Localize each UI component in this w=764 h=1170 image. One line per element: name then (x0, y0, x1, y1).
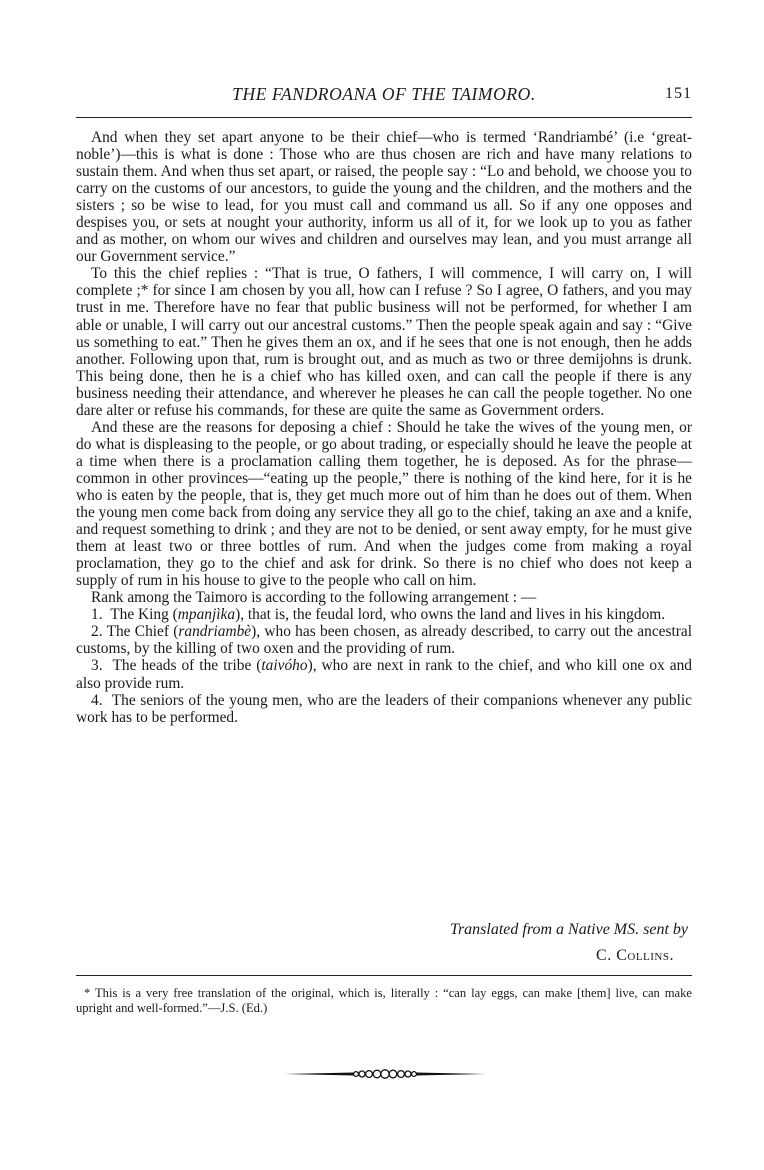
paragraph-chief-reply: To this the chief replies : “That is tru… (76, 265, 692, 418)
rank-number: 1. (91, 606, 103, 623)
malagasy-term: randriambè (178, 623, 251, 640)
header-rule (76, 117, 692, 118)
end-ornament-icon (284, 1067, 486, 1081)
body-text: And when they set apart anyone to be the… (76, 129, 692, 726)
rank-item-seniors: 4. The seniors of the young men, who are… (76, 692, 692, 726)
rank-number: 2. (91, 623, 103, 640)
rank-item-chief: 2. The Chief (randriambè), who has been … (76, 623, 692, 657)
running-head: THE FANDROANA OF THE TAIMORO. 151 (76, 84, 692, 106)
page-number: 151 (665, 85, 692, 103)
rank-item-king: 1. The King (mpanjìka), that is, the feu… (76, 606, 692, 623)
malagasy-term: mpanjìka (178, 606, 235, 623)
footnote-text: * This is a very free translation of the… (76, 986, 692, 1016)
paragraph-rank-intro: Rank among the Taimoro is according to t… (76, 589, 692, 606)
rank-number: 4. (91, 692, 103, 709)
paragraph-chief-selection: And when they set apart anyone to be the… (76, 129, 692, 265)
attribution-line: Translated from a Native MS. sent by (450, 921, 688, 939)
paragraph-deposing: And these are the reasons for deposing a… (76, 419, 692, 589)
rank-number: 3. (91, 657, 103, 674)
author-name: C. Collins. (596, 947, 674, 965)
rank-item-tribe-heads: 3. The heads of the tribe (taivóho), who… (76, 657, 692, 691)
footnote: * This is a very free translation of the… (76, 986, 692, 1016)
running-title: THE FANDROANA OF THE TAIMORO. (76, 84, 692, 105)
footnote-rule (76, 975, 692, 976)
malagasy-term: taivóho (261, 657, 307, 674)
